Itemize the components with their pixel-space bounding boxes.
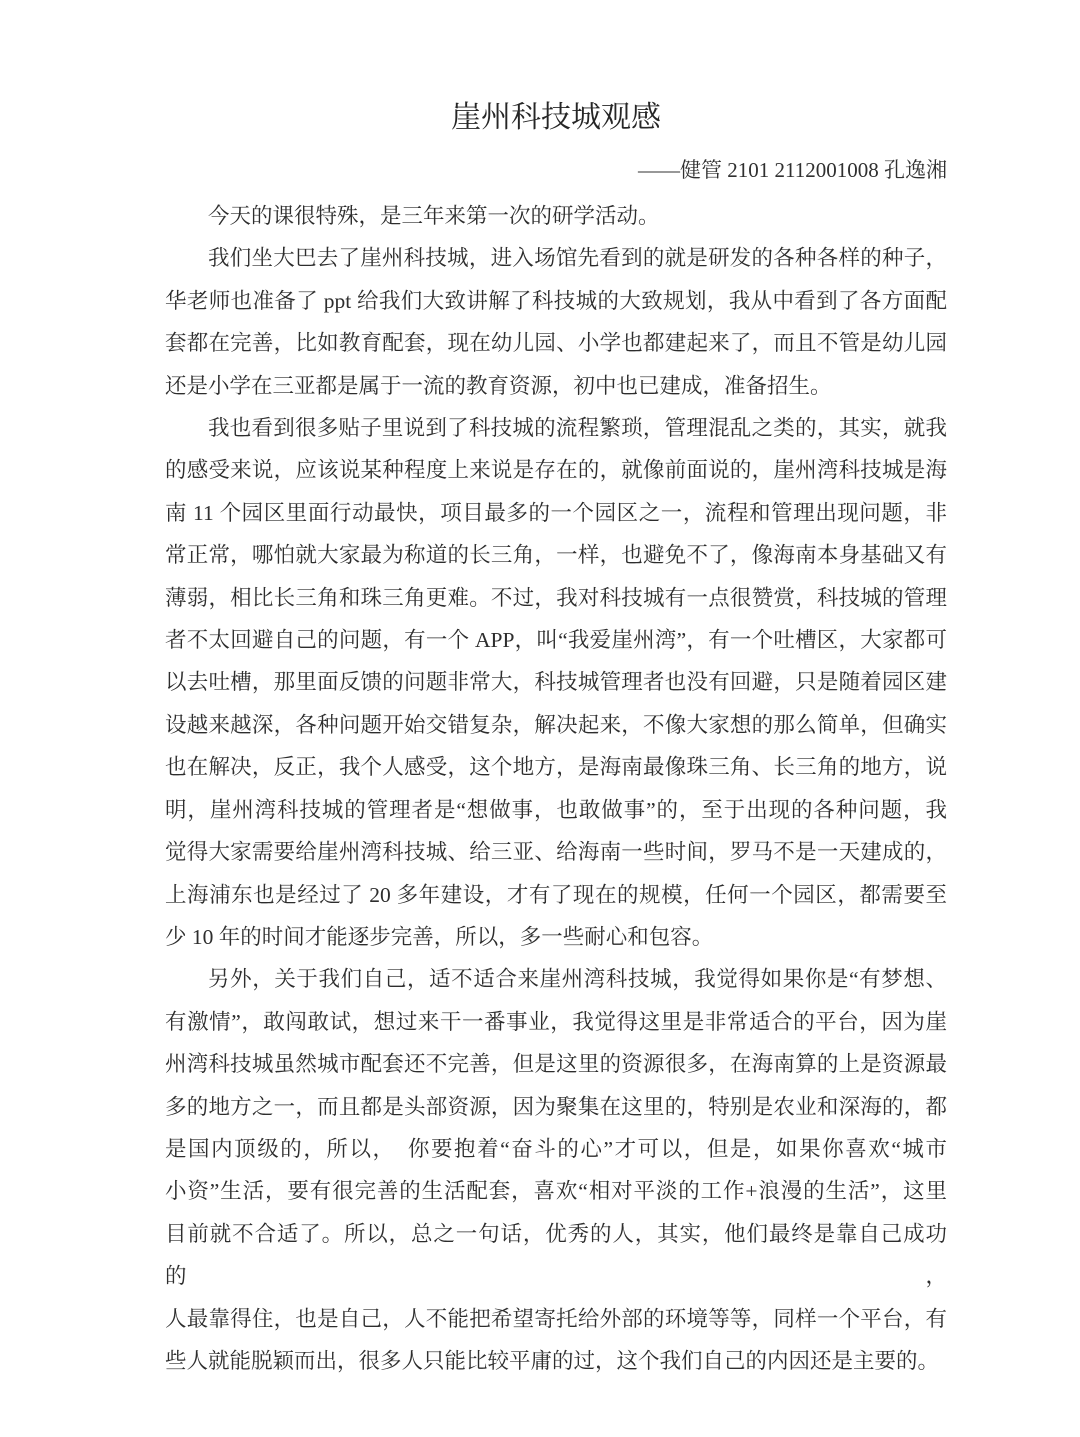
text-line: 些人就能脱颖而出，很多人只能比较平庸的过，这个我们自己的内因还是主要的。 [165,1340,947,1382]
text-line: 今天的课很特殊，是三年来第一次的研学活动。 [165,195,947,237]
text-line: 小资”生活，要有很完善的生活配套，喜欢“相对平淡的工作+浪漫的生活”，这里 [165,1170,947,1212]
text-line: 是国内顶级的，所以， 你要抱着“奋斗的心”才可以，但是，如果你喜欢“城市 [165,1128,947,1170]
text-line: 也在解决，反正，我个人感受，这个地方，是海南最像珠三角、长三角的地方，说 [165,746,947,788]
text-line: 设越来越深，各种问题开始交错复杂，解决起来，不像大家想的那么简单，但确实 [165,704,947,746]
text-line: 觉得大家需要给崖州湾科技城、给三亚、给海南一些时间，罗马不是一天建成的， [165,831,947,873]
text-line: 南 11 个园区里面行动最快，项目最多的一个园区之一，流程和管理出现问题，非 [165,492,947,534]
text-line: 上海浦东也是经过了 20 多年建设，才有了现在的规模，任何一个园区，都需要至 [165,874,947,916]
text-line: 常正常，哪怕就大家最为称道的长三角，一样，也避免不了，像海南本身基础又有 [165,534,947,576]
text-line: 以去吐槽，那里面反馈的问题非常大，科技城管理者也没有回避，只是随着园区建 [165,661,947,703]
text-line: 州湾科技城虽然城市配套还不完善，但是这里的资源很多，在海南算的上是资源最 [165,1043,947,1085]
text-line: 的感受来说，应该说某种程度上来说是存在的，就像前面说的，崖州湾科技城是海 [165,449,947,491]
document-page: 崖州科技城观感 ——健管 2101 2112001008 孔逸湘 今天的课很特殊… [0,0,1080,1437]
text-line: 另外，关于我们自己，适不适合来崖州湾科技城，我觉得如果你是“有梦想、 [165,958,947,1000]
document-content: 崖州科技城观感 ——健管 2101 2112001008 孔逸湘 今天的课很特殊… [165,0,947,1382]
text-line: 薄弱，相比长三角和珠三角更难。不过，我对科技城有一点很赞赏，科技城的管理 [165,577,947,619]
text-line: 我也看到很多贴子里说到了科技城的流程繁琐，管理混乱之类的，其实，就我 [165,407,947,449]
text-line: 目前就不合适了。所以，总之一句话，优秀的人，其实，他们最终是靠自己成功的， [165,1213,947,1298]
text-line: 明，崖州湾科技城的管理者是“想做事，也敢做事”的，至于出现的各种问题，我 [165,789,947,831]
text-line: 我们坐大巴去了崖州科技城，进入场馆先看到的就是研发的各种各样的种子， [165,237,947,279]
text-line: 人最靠得住，也是自己，人不能把希望寄托给外部的环境等等，同样一个平台，有 [165,1298,947,1340]
text-line: 华老师也准备了 ppt 给我们大致讲解了科技城的大致规划，我从中看到了各方面配 [165,280,947,322]
text-line: 还是小学在三亚都是属于一流的教育资源，初中也已建成，准备招生。 [165,365,947,407]
document-body: 今天的课很特殊，是三年来第一次的研学活动。我们坐大巴去了崖州科技城，进入场馆先看… [165,195,947,1382]
text-line: 有激情”，敢闯敢试，想过来干一番事业，我觉得这里是非常适合的平台，因为崖 [165,1001,947,1043]
document-title: 崖州科技城观感 [165,0,947,139]
text-line: 套都在完善，比如教育配套，现在幼儿园、小学也都建起来了，而且不管是幼儿园 [165,322,947,364]
text-line: 者不太回避自己的问题，有一个 APP，叫“我爱崖州湾”，有一个吐槽区，大家都可 [165,619,947,661]
text-line: 少 10 年的时间才能逐步完善，所以，多一些耐心和包容。 [165,916,947,958]
document-byline: ——健管 2101 2112001008 孔逸湘 [165,153,947,187]
text-line: 多的地方之一，而且都是头部资源，因为聚集在这里的，特别是农业和深海的，都 [165,1086,947,1128]
